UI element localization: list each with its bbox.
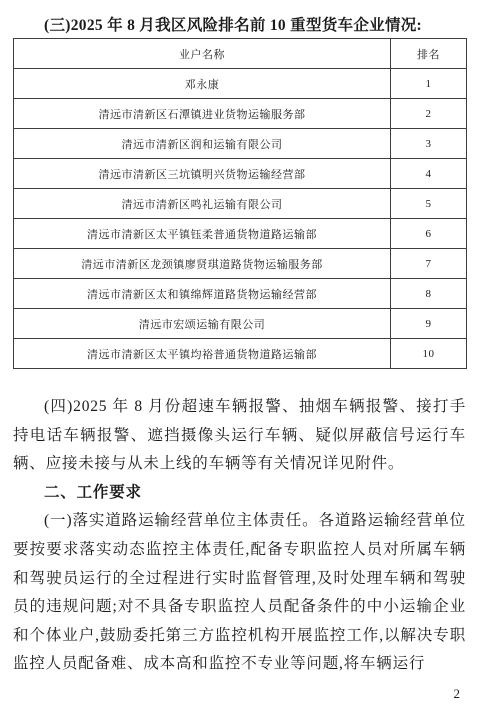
table-header-row: 业户名称 排名 [14,39,467,69]
table-row: 清远市清新区三坑镇明兴货物运输经营部 4 [14,159,467,189]
table-row: 清远市清新区石潭镇进业货物运输服务部 2 [14,99,467,129]
page-number: 2 [454,686,461,702]
cell-company-name: 清远市清新区石潭镇进业货物运输服务部 [14,99,391,129]
cell-company-name: 清远市清新区龙颈镇廖贤琪道路货物运输服务部 [14,249,391,279]
section2-heading: 二、工作要求 [13,479,466,508]
header-cell-rank: 排名 [391,39,467,69]
header-cell-company-name: 业户名称 [14,39,391,69]
cell-company-name: 清远市清新区太平镇钰柔普通货物道路运输部 [14,219,391,249]
cell-company-name: 清远市清新区太平镇均裕普通货物道路运输部 [14,339,391,369]
cell-rank: 6 [391,219,467,249]
cell-company-name: 清远市清新区润和运输有限公司 [14,129,391,159]
table-row: 清远市清新区太平镇钰柔普通货物道路运输部 6 [14,219,467,249]
table-row: 清远市宏颂运输有限公司 9 [14,309,467,339]
cell-rank: 4 [391,159,467,189]
cell-company-name: 清远市清新区太和镇绵辉道路货物运输经营部 [14,279,391,309]
paragraph-work-requirement-1: (一)落实道路运输经营单位主体责任。各道路运输经营单位要按要求落实动态监控主体责… [13,507,466,679]
cell-rank: 9 [391,309,467,339]
section3-heading: (三)2025 年 8 月我区风险排名前 10 重型货车企业情况: [13,15,466,36]
table-row: 清远市清新区润和运输有限公司 3 [14,129,467,159]
cell-company-name: 清远市宏颂运输有限公司 [14,309,391,339]
cell-rank: 8 [391,279,467,309]
table-row: 邓永康 1 [14,69,467,99]
cell-rank: 3 [391,129,467,159]
cell-company-name: 邓永康 [14,69,391,99]
cell-rank: 10 [391,339,467,369]
cell-rank: 5 [391,189,467,219]
cell-rank: 7 [391,249,467,279]
table-row: 清远市清新区鸣礼运输有限公司 5 [14,189,467,219]
cell-company-name: 清远市清新区鸣礼运输有限公司 [14,189,391,219]
table-row: 清远市清新区太平镇均裕普通货物道路运输部 10 [14,339,467,369]
table-row: 清远市清新区龙颈镇廖贤琪道路货物运输服务部 7 [14,249,467,279]
cell-company-name: 清远市清新区三坑镇明兴货物运输经营部 [14,159,391,189]
paragraph-section4: (四)2025 年 8 月份超速车辆报警、抽烟车辆报警、接打手持电话车辆报警、遮… [13,393,466,479]
vehicle-ranking-table: 业户名称 排名 邓永康 1 清远市清新区石潭镇进业货物运输服务部 2 清远市清新… [13,38,467,369]
cell-rank: 1 [391,69,467,99]
cell-rank: 2 [391,99,467,129]
document-page: (三)2025 年 8 月我区风险排名前 10 重型货车企业情况: 业户名称 排… [0,0,480,679]
table-row: 清远市清新区太和镇绵辉道路货物运输经营部 8 [14,279,467,309]
